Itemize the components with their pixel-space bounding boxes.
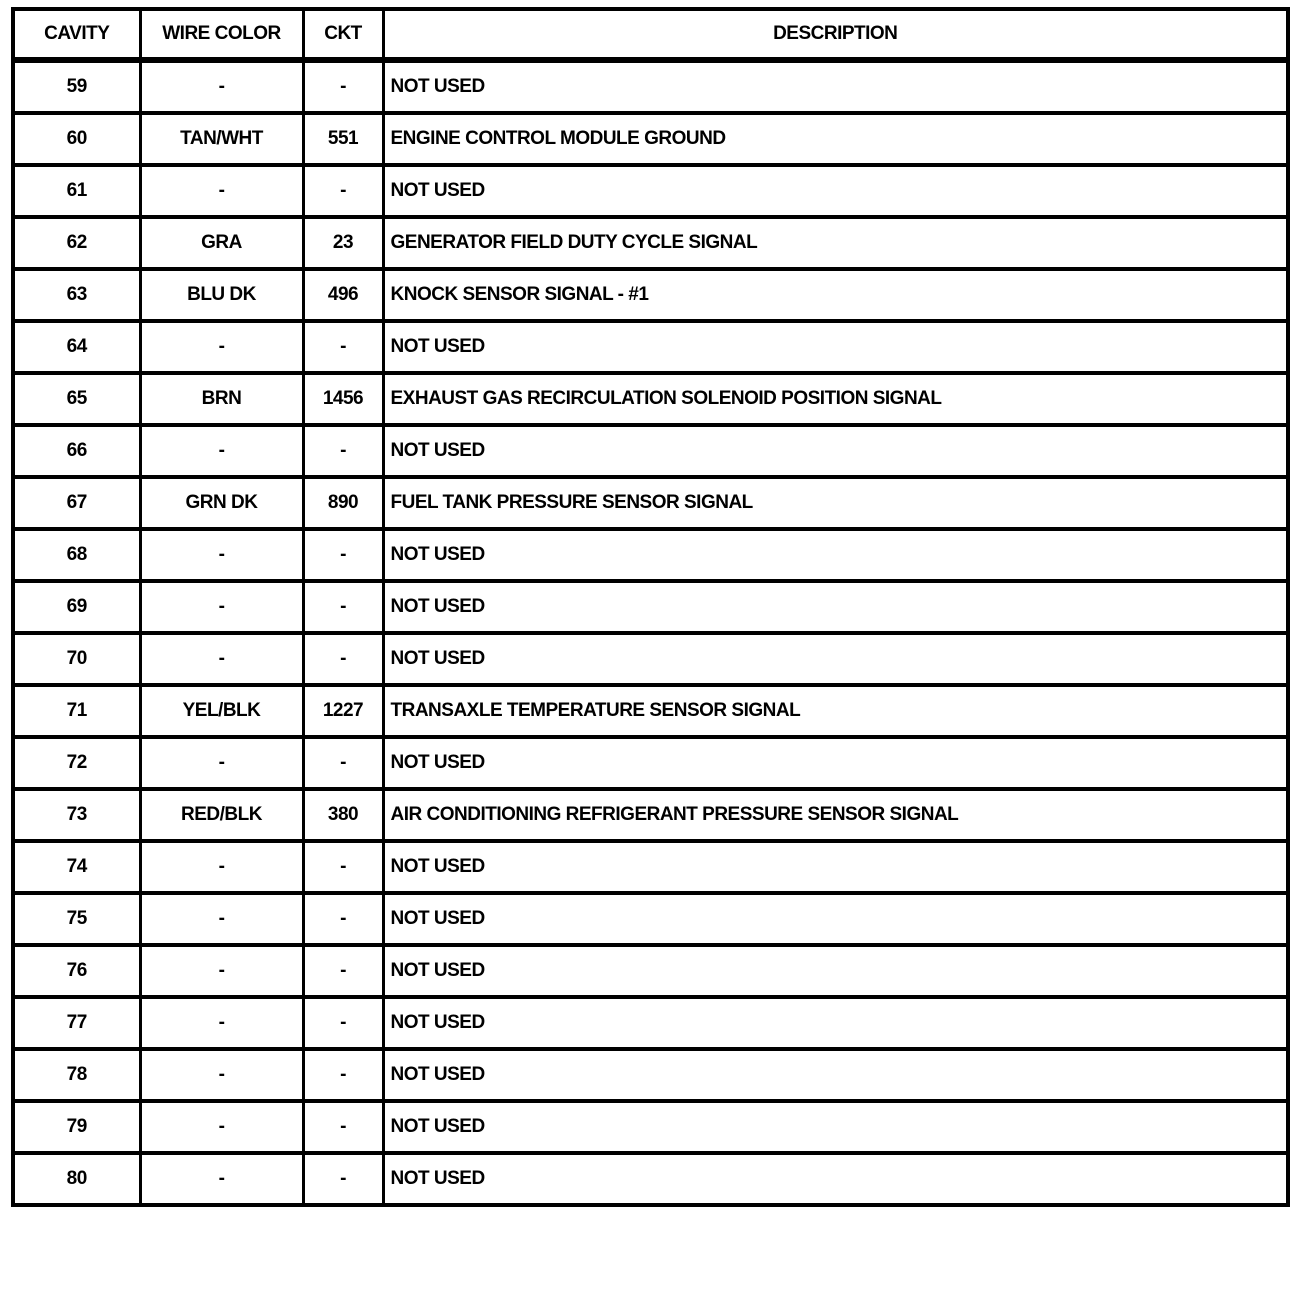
cell-ckt: - [303, 997, 383, 1049]
cell-wire-color: BRN [140, 373, 303, 425]
cell-description: GENERATOR FIELD DUTY CYCLE SIGNAL [383, 217, 1288, 269]
cell-cavity: 61 [13, 165, 140, 217]
cell-description: NOT USED [383, 1153, 1288, 1205]
cell-cavity: 79 [13, 1101, 140, 1153]
cell-cavity: 69 [13, 581, 140, 633]
cell-cavity: 67 [13, 477, 140, 529]
connector-pinout-sheet: CAVITY WIRE COLOR CKT DESCRIPTION 59--NO… [11, 7, 1290, 1292]
cell-cavity: 64 [13, 321, 140, 373]
table-row: 61--NOT USED [13, 165, 1288, 217]
cell-description: NOT USED [383, 165, 1288, 217]
cell-ckt: 496 [303, 269, 383, 321]
cell-description: NOT USED [383, 425, 1288, 477]
cell-description: FUEL TANK PRESSURE SENSOR SIGNAL [383, 477, 1288, 529]
table-row: 63BLU DK496KNOCK SENSOR SIGNAL - #1 [13, 269, 1288, 321]
cell-description: NOT USED [383, 1101, 1288, 1153]
header-description: DESCRIPTION [383, 9, 1288, 60]
cell-cavity: 62 [13, 217, 140, 269]
cell-ckt: - [303, 165, 383, 217]
cell-wire-color: GRN DK [140, 477, 303, 529]
cell-cavity: 78 [13, 1049, 140, 1101]
cell-cavity: 73 [13, 789, 140, 841]
cell-cavity: 74 [13, 841, 140, 893]
cell-ckt: 380 [303, 789, 383, 841]
cell-ckt: 1227 [303, 685, 383, 737]
table-row: 60TAN/WHT551ENGINE CONTROL MODULE GROUND [13, 113, 1288, 165]
header-cavity: CAVITY [13, 9, 140, 60]
cell-wire-color: - [140, 1101, 303, 1153]
cell-ckt: 23 [303, 217, 383, 269]
table-row: 75--NOT USED [13, 893, 1288, 945]
cell-ckt: - [303, 581, 383, 633]
cell-description: TRANSAXLE TEMPERATURE SENSOR SIGNAL [383, 685, 1288, 737]
cell-description: AIR CONDITIONING REFRIGERANT PRESSURE SE… [383, 789, 1288, 841]
table-row: 80--NOT USED [13, 1153, 1288, 1205]
table-row: 64--NOT USED [13, 321, 1288, 373]
cell-description: ENGINE CONTROL MODULE GROUND [383, 113, 1288, 165]
table-row: 68--NOT USED [13, 529, 1288, 581]
cell-description: NOT USED [383, 321, 1288, 373]
cell-description: NOT USED [383, 60, 1288, 113]
table-header: CAVITY WIRE COLOR CKT DESCRIPTION [13, 9, 1288, 60]
cell-wire-color: - [140, 1153, 303, 1205]
cell-description: KNOCK SENSOR SIGNAL - #1 [383, 269, 1288, 321]
table-row: 74--NOT USED [13, 841, 1288, 893]
cell-ckt: - [303, 1049, 383, 1101]
cell-description: NOT USED [383, 529, 1288, 581]
table-row: 77--NOT USED [13, 997, 1288, 1049]
cell-ckt: - [303, 321, 383, 373]
cell-wire-color: - [140, 60, 303, 113]
cell-cavity: 71 [13, 685, 140, 737]
table-row: 62GRA23GENERATOR FIELD DUTY CYCLE SIGNAL [13, 217, 1288, 269]
cell-cavity: 63 [13, 269, 140, 321]
cell-ckt: - [303, 60, 383, 113]
cell-cavity: 60 [13, 113, 140, 165]
cell-ckt: - [303, 841, 383, 893]
cell-cavity: 75 [13, 893, 140, 945]
cell-wire-color: TAN/WHT [140, 113, 303, 165]
cell-wire-color: - [140, 1049, 303, 1101]
table-row: 78--NOT USED [13, 1049, 1288, 1101]
cell-ckt: 551 [303, 113, 383, 165]
cell-wire-color: - [140, 893, 303, 945]
table-row: 73RED/BLK380AIR CONDITIONING REFRIGERANT… [13, 789, 1288, 841]
header-ckt: CKT [303, 9, 383, 60]
table-row: 72--NOT USED [13, 737, 1288, 789]
table-row: 67GRN DK890FUEL TANK PRESSURE SENSOR SIG… [13, 477, 1288, 529]
cell-ckt: - [303, 945, 383, 997]
cell-description: NOT USED [383, 841, 1288, 893]
cell-cavity: 70 [13, 633, 140, 685]
cell-wire-color: - [140, 581, 303, 633]
cell-description: NOT USED [383, 945, 1288, 997]
cell-description: NOT USED [383, 893, 1288, 945]
table-body: 59--NOT USED60TAN/WHT551ENGINE CONTROL M… [13, 60, 1288, 1205]
cell-cavity: 65 [13, 373, 140, 425]
cell-ckt: 1456 [303, 373, 383, 425]
cell-wire-color: - [140, 425, 303, 477]
cell-cavity: 80 [13, 1153, 140, 1205]
cell-wire-color: YEL/BLK [140, 685, 303, 737]
table-row: 70--NOT USED [13, 633, 1288, 685]
cell-description: EXHAUST GAS RECIRCULATION SOLENOID POSIT… [383, 373, 1288, 425]
header-wire-color: WIRE COLOR [140, 9, 303, 60]
cell-ckt: - [303, 1101, 383, 1153]
table-row: 69--NOT USED [13, 581, 1288, 633]
cell-description: NOT USED [383, 997, 1288, 1049]
cell-cavity: 59 [13, 60, 140, 113]
cell-wire-color: BLU DK [140, 269, 303, 321]
cell-cavity: 72 [13, 737, 140, 789]
table-row: 79--NOT USED [13, 1101, 1288, 1153]
cell-wire-color: - [140, 321, 303, 373]
cell-wire-color: RED/BLK [140, 789, 303, 841]
cell-ckt: - [303, 893, 383, 945]
connector-pinout-table: CAVITY WIRE COLOR CKT DESCRIPTION 59--NO… [11, 7, 1290, 1207]
cell-wire-color: - [140, 633, 303, 685]
cell-wire-color: - [140, 945, 303, 997]
cell-wire-color: - [140, 737, 303, 789]
cell-wire-color: GRA [140, 217, 303, 269]
table-row: 76--NOT USED [13, 945, 1288, 997]
cell-wire-color: - [140, 841, 303, 893]
cell-cavity: 76 [13, 945, 140, 997]
table-row: 59--NOT USED [13, 60, 1288, 113]
cell-description: NOT USED [383, 633, 1288, 685]
cell-ckt: - [303, 425, 383, 477]
table-row: 71YEL/BLK1227TRANSAXLE TEMPERATURE SENSO… [13, 685, 1288, 737]
cell-description: NOT USED [383, 1049, 1288, 1101]
cell-wire-color: - [140, 997, 303, 1049]
cell-ckt: - [303, 1153, 383, 1205]
header-row: CAVITY WIRE COLOR CKT DESCRIPTION [13, 9, 1288, 60]
cell-cavity: 66 [13, 425, 140, 477]
cell-cavity: 77 [13, 997, 140, 1049]
cell-description: NOT USED [383, 581, 1288, 633]
cell-cavity: 68 [13, 529, 140, 581]
cell-wire-color: - [140, 165, 303, 217]
cell-ckt: - [303, 737, 383, 789]
cell-ckt: - [303, 529, 383, 581]
cell-ckt: 890 [303, 477, 383, 529]
cell-description: NOT USED [383, 737, 1288, 789]
table-row: 65BRN1456EXHAUST GAS RECIRCULATION SOLEN… [13, 373, 1288, 425]
cell-ckt: - [303, 633, 383, 685]
cell-wire-color: - [140, 529, 303, 581]
table-row: 66--NOT USED [13, 425, 1288, 477]
